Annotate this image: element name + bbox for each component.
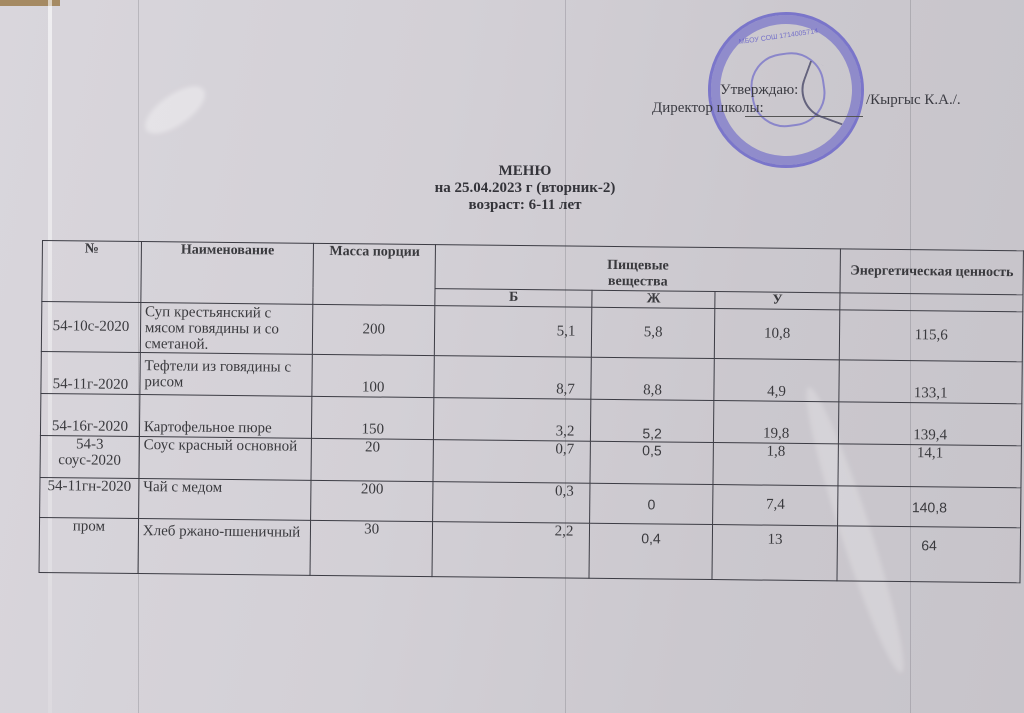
menu-table: № Наименование Масса порции Пищевые веще… (39, 240, 1024, 583)
dish-fats: 8,8 (591, 357, 714, 400)
dish-energy: 14,1 (838, 444, 1021, 488)
dish-fats: 5,8 (592, 307, 715, 358)
col-carbs: У (715, 292, 841, 310)
dish-energy: 133,1 (839, 360, 1022, 404)
col-mass: Масса порции (313, 243, 435, 305)
dish-name: Тефтели из говядины с рисом (140, 353, 313, 397)
director-name: /Кыргыс К.А./. (866, 92, 961, 109)
dish-proteins: 5,1 (434, 306, 592, 358)
dish-mass: 30 (310, 520, 432, 576)
director-position: Директор школы: (652, 100, 764, 117)
dish-fats: 0,4 (589, 523, 712, 579)
dish-mass: 150 (312, 396, 434, 439)
dish-proteins: 8,7 (434, 356, 592, 400)
col-energy-unit (840, 293, 1023, 312)
dish-carbs: 7,4 (712, 485, 838, 526)
dish-mass: 20 (311, 438, 433, 481)
page-title: МЕНЮ (360, 163, 690, 180)
dish-proteins: 3,2 (433, 398, 591, 442)
table-row: пром Хлеб ржано-пшеничный 30 2,2 0,4 13 … (39, 517, 1021, 582)
dish-fats: 0 (590, 483, 713, 524)
signature-line (745, 116, 863, 117)
dish-proteins: 0,7 (433, 440, 591, 484)
dish-name: Чай с медом (138, 479, 311, 521)
glare (138, 78, 213, 143)
dish-carbs: 10,8 (714, 309, 840, 360)
dish-energy: 139,4 (839, 402, 1022, 446)
dish-proteins: 2,2 (432, 522, 590, 579)
col-number: № (42, 241, 141, 303)
stamp-text: МБОУ СОШ 1714005714 (704, 23, 854, 51)
dish-carbs: 4,9 (714, 359, 840, 402)
dish-fats: 0,5 (590, 441, 713, 484)
dish-name: Соус красный основной (139, 437, 312, 481)
dish-code: 54-11гн-2020 (40, 477, 139, 518)
dish-carbs: 19,8 (713, 401, 839, 444)
dish-carbs: 13 (712, 525, 838, 581)
dish-code: 54-3 соус-2020 (40, 435, 139, 478)
dish-code: 54-11г-2020 (41, 351, 140, 394)
dish-name: Суп крестьянский с мясом говядины и со с… (140, 303, 313, 355)
col-name: Наименование (141, 242, 314, 305)
dish-proteins: 0,3 (433, 482, 591, 524)
dish-code: 54-10с-2020 (41, 302, 140, 353)
menu-age: возраст: 6-11 лет (360, 197, 690, 214)
col-fats: Ж (592, 290, 715, 308)
approve-label: Утверждаю: (720, 82, 798, 99)
dish-name: Хлеб ржано-пшеничный (138, 519, 311, 576)
dish-mass: 100 (312, 354, 434, 397)
dish-mass: 200 (313, 304, 435, 355)
col-proteins: Б (435, 289, 593, 308)
dish-energy: 140,8 (838, 486, 1021, 528)
dish-code: пром (39, 517, 138, 573)
dish-energy: 64 (837, 526, 1020, 583)
menu-heading: МЕНЮ на 25.04.2023 г (вторник-2) возраст… (360, 163, 690, 214)
dish-name: Картофельное пюре (139, 395, 312, 439)
dish-fats: 5,2 (591, 399, 714, 442)
table-header-row: № Наименование Масса порции Пищевые веще… (42, 241, 1023, 295)
menu-date: на 25.04.2023 г (вторник-2) (360, 180, 690, 197)
col-nutrients: Пищевые вещества (435, 245, 841, 293)
dish-carbs: 1,8 (713, 443, 839, 486)
col-energy: Энергетическая ценность (840, 249, 1023, 295)
dish-mass: 200 (311, 480, 433, 521)
dish-code: 54-16г-2020 (40, 393, 139, 436)
dish-energy: 115,6 (840, 310, 1023, 362)
